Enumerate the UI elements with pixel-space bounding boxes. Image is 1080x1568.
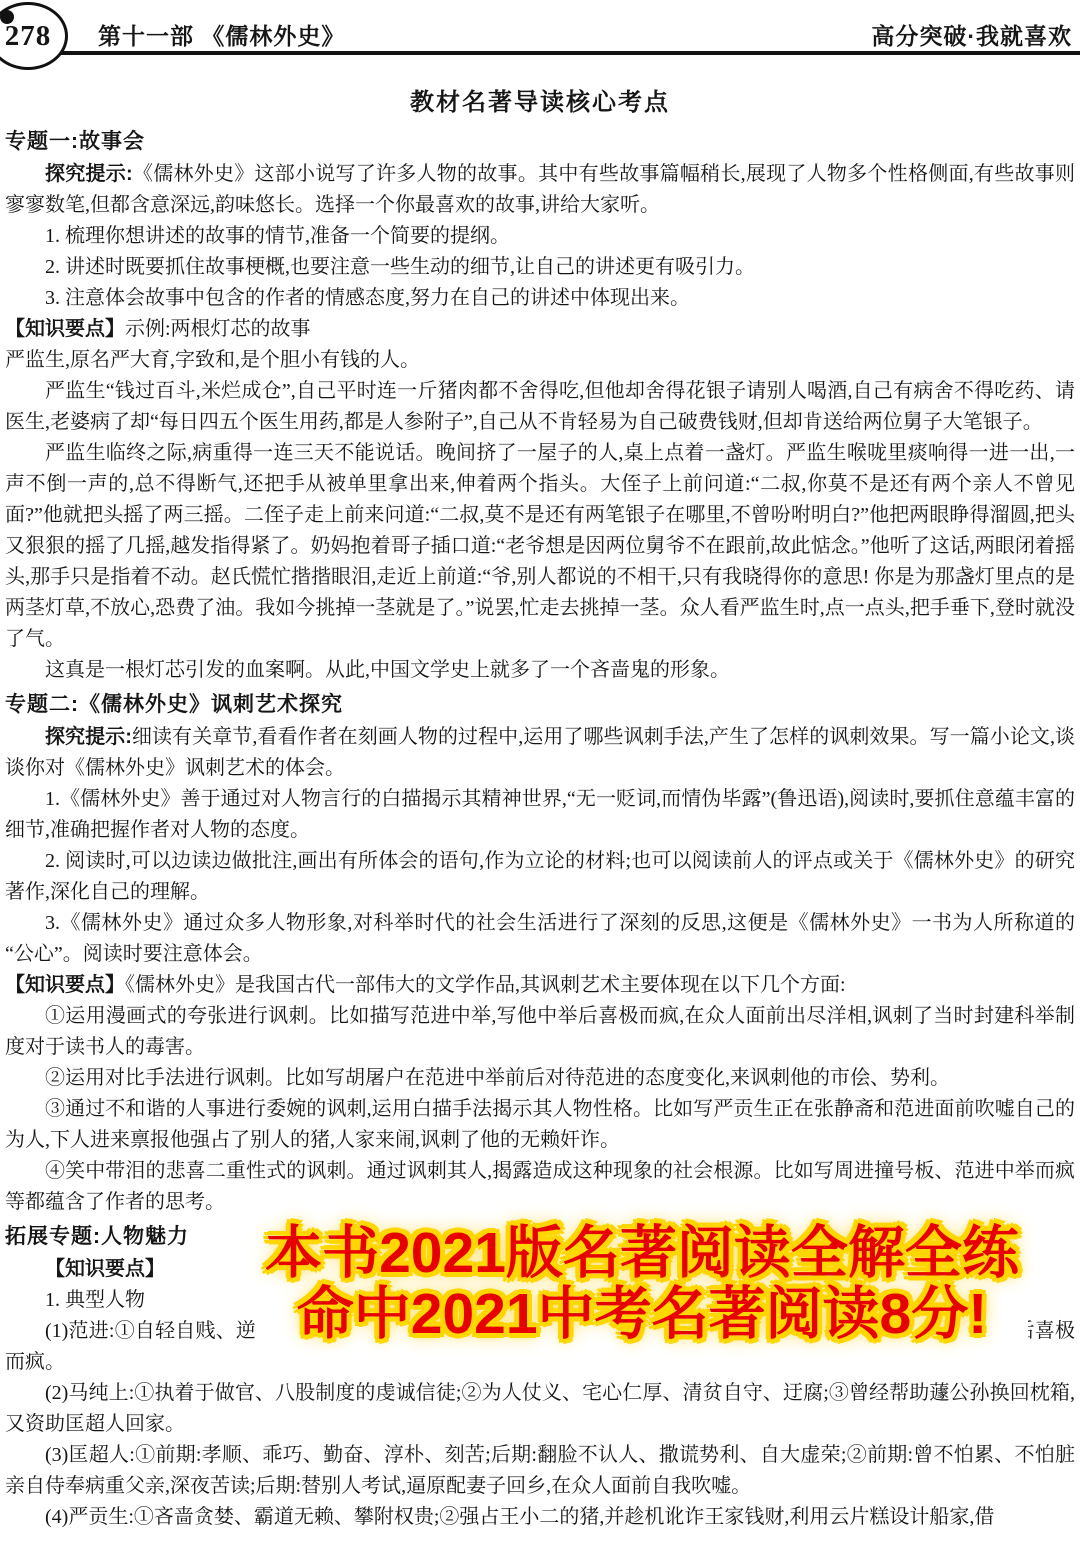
paragraph-label: 【知识要点】: [5, 318, 125, 340]
header-rule: [30, 51, 1080, 55]
paragraph: (4)严贡生:①吝啬贪婪、霸道无赖、攀附权贵;②强占王小二的猪,并趁机讹诈王家钱…: [5, 1502, 1075, 1533]
paragraph: 【知识要点】《儒林外史》是我国古代一部伟大的文学作品,其讽刺艺术主要体现在以下几…: [5, 970, 1075, 1001]
paragraph: 严监生“钱过百斗,米烂成仓”,自己平时连一斤猪肉都不舍得吃,但他却舍得花银子请别…: [5, 376, 1075, 438]
promo-banner: 本书2021版名著阅读全解全练 命中2021中考名著阅读8分!: [256, 1220, 1028, 1348]
page-title: 教材名著导读核心考点: [0, 82, 1080, 117]
paragraph: 3.《儒林外史》通过众多人物形象,对科举时代的社会生活进行了深刻的反思,这便是《…: [5, 908, 1075, 970]
header-section-title: 第十一部 《儒林外史》: [98, 18, 345, 51]
paragraph: 3. 注意体会故事中包含的作者的情感态度,努力在自己的讲述中体现出来。: [5, 283, 1075, 314]
header-slogan: 高分突破·我就喜欢: [871, 18, 1072, 51]
paragraph: (3)匡超人:①前期:孝顺、乖巧、勤奋、淳朴、刻苦;后期:翻脸不认人、撒谎势利、…: [5, 1440, 1075, 1502]
paragraph: 严监生,原名严大育,字致和,是个胆小有钱的人。: [5, 345, 1075, 376]
paragraph: 这真是一根灯芯引发的血案啊。从此,中国文学史上就多了一个吝啬鬼的形象。: [5, 655, 1075, 686]
paragraph: 严监生临终之际,病重得一连三天不能说话。晚间挤了一屋子的人,桌上点着一盏灯。严监…: [5, 438, 1075, 655]
paragraph: 【知识要点】示例:两根灯芯的故事: [5, 314, 1075, 345]
section-heading: 专题二:《儒林外史》讽刺艺术探究: [5, 688, 1075, 721]
paragraph-label: 【知识要点】: [5, 974, 125, 996]
section-heading: 专题一:故事会: [5, 125, 1075, 158]
paragraph-label: 【知识要点】: [45, 1258, 165, 1280]
promo-banner-line1: 本书2021版名著阅读全解全练: [265, 1223, 1019, 1284]
badge-dot-icon: [0, 10, 14, 24]
paragraph: ③通过不和谐的人事进行委婉的讽刺,运用白描手法揭示其人物性格。比如写严贡生正在张…: [5, 1094, 1075, 1156]
paragraph: 探究提示:《儒林外史》这部小说写了许多人物的故事。其中有些故事篇幅稍长,展现了人…: [5, 159, 1075, 221]
paragraph: (2)马纯上:①执着于做官、八股制度的虔诚信徒;②为人仗义、宅心仁厚、清贫自守、…: [5, 1378, 1075, 1440]
page-header: 278 第十一部 《儒林外史》 高分突破·我就喜欢: [0, 0, 1080, 58]
paragraph: ①运用漫画式的夸张进行讽刺。比如描写范进中举,写他中举后喜极而疯,在众人面前出尽…: [5, 1001, 1075, 1063]
textbook-page: { "header": { "page_number": "278", "sec…: [0, 0, 1080, 1568]
paragraph: 探究提示:细读有关章节,看看作者在刻画人物的过程中,运用了哪些讽刺手法,产生了怎…: [5, 722, 1075, 784]
page-number: 278: [5, 20, 52, 53]
paragraph-label: 探究提示:: [45, 726, 132, 748]
paragraph: 1.《儒林外史》善于通过对人物言行的白描揭示其精神世界,“无一贬词,而情伪毕露”…: [5, 784, 1075, 846]
paragraph: ②运用对比手法进行讽刺。比如写胡屠户在范进中举前后对待范进的态度变化,来讽刺他的…: [5, 1063, 1075, 1094]
paragraph: 2. 讲述时既要抓住故事梗概,也要注意一些生动的细节,让自己的讲述更有吸引力。: [5, 252, 1075, 283]
page-number-badge: 278: [0, 2, 68, 70]
paragraph-label: 探究提示:: [45, 163, 133, 185]
promo-banner-line2: 命中2021中考名著阅读8分!: [297, 1284, 987, 1345]
paragraph: 1. 梳理你想讲述的故事的情节,准备一个简要的提纲。: [5, 221, 1075, 252]
paragraph: 2. 阅读时,可以边读边做批注,画出有所体会的语句,作为立论的材料;也可以阅读前…: [5, 846, 1075, 908]
paragraph: ④笑中带泪的悲喜二重性式的讽刺。通过讽刺其人,揭露造成这种现象的社会根源。比如写…: [5, 1156, 1075, 1218]
